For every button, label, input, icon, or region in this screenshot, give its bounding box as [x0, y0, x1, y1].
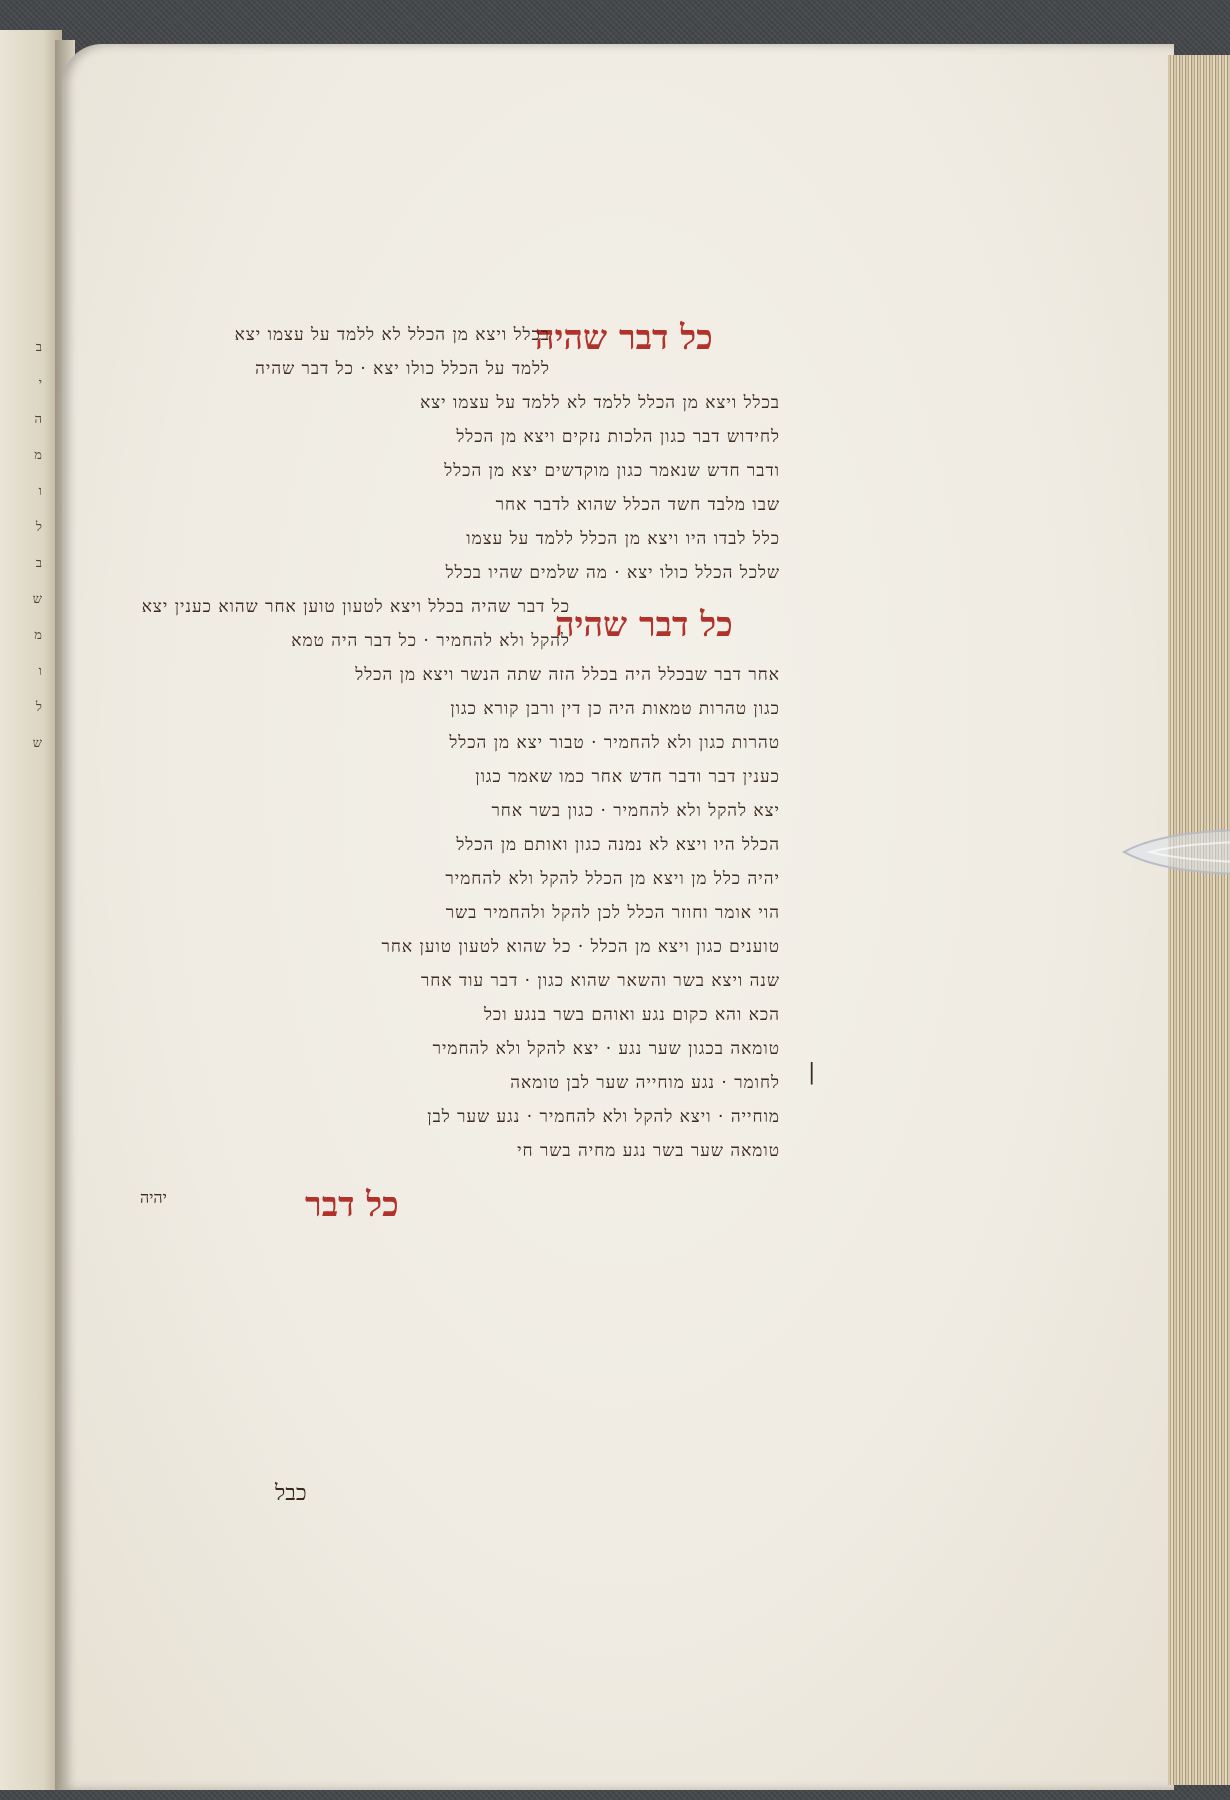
page-fore-edge: [1168, 55, 1230, 1785]
left-page-edge: ב י ה מ ו ל ב ש מ ו ל ש: [0, 30, 62, 1790]
text-line: לחידוש דבר כגון הלכות נזקים ויצא מן הכלל: [140, 420, 780, 454]
text-line: הוי אומר וחוזר הכלל לכן להקל ולהחמיר בשר: [140, 896, 780, 930]
book-weight-snake: [1120, 822, 1230, 882]
text-line: טומאה שער בשר נגע מחיה בשר חי: [140, 1134, 780, 1168]
text-line: ודבר חדש שנאמר כגון מוקדשים יצא מן הכלל: [140, 454, 780, 488]
text-line: להקל ולא להחמיר · כל דבר היה טמא: [140, 624, 570, 658]
text-line: הכלל היו ויצא לא נמנה כגון ואותם מן הכלל: [140, 828, 780, 862]
text-line: יהיה כלל מן ויצא מן הכלל להקל ולא להחמיר: [140, 862, 780, 896]
text-line: כענין דבר ודבר חדש אחר כמו שאמר כגון: [140, 760, 780, 794]
text-line: כגון טהרות טמאות היה כן דין ורבן קורא כג…: [140, 692, 780, 726]
text-line: בכלל ויצא מן הכלל ללמד לא ללמד על עצמו י…: [140, 386, 780, 420]
text-line: מוחייה · ויצא להקל ולא להחמיר · נגע שער …: [140, 1100, 780, 1134]
text-line: בכלל ויצא מן הכלל לא ללמד על עצמו יצא: [140, 318, 550, 352]
text-line: הכא והא כקום נגע ואוהם בשר בנגע וכל: [140, 998, 780, 1032]
left-margin-text: ב י ה מ ו ל ב ש מ ו ל ש: [2, 330, 42, 762]
text-line: שבו מלבד חשד הכלל שהוא לדבר אחר: [140, 488, 780, 522]
page-catchword: כבל: [275, 1480, 307, 1506]
text-line: ללמד על הכלל כולו יצא · כל דבר שהיה: [140, 352, 550, 386]
text-line: יצא להקל ולא להחמיר · כגון בשר אחר: [140, 794, 780, 828]
text-line: אחר דבר שבכלל היה בכלל הזה שתה הנשר ויצא…: [140, 658, 780, 692]
margin-stroke: |: [808, 1060, 815, 1085]
text-line: שלכל הכלל כולו יצא · מה שלמים שהיו בכלל: [140, 556, 780, 590]
rubric-heading-3: כל דבר: [305, 1185, 399, 1225]
text-line: כלל לבדו היו ויצא מן הכלל ללמד על עצמו: [140, 522, 780, 556]
text-line: טומאה בכגון שער נגע · יצא להקל ולא להחמי…: [140, 1032, 780, 1066]
text-line: שנה ויצא בשר והשאר שהוא כגון · דבר עוד א…: [140, 964, 780, 998]
line-catchword: יהיה: [140, 1188, 167, 1208]
text-line: טהרות כגון ולא להחמיר · טבור יצא מן הכלל: [140, 726, 780, 760]
text-line: טוענים כגון ויצא מן הכלל · כל שהוא לטעון…: [140, 930, 780, 964]
text-line: כל דבר שהיה בכלל ויצא לטעון טוען אחר שהו…: [140, 590, 570, 624]
text-line: לחומר · נגע מוחייה שער לבן טומאה: [140, 1066, 780, 1100]
manuscript-text-block: בכלל ויצא מן הכלל לא ללמד על עצמו יצא לל…: [140, 318, 780, 1168]
